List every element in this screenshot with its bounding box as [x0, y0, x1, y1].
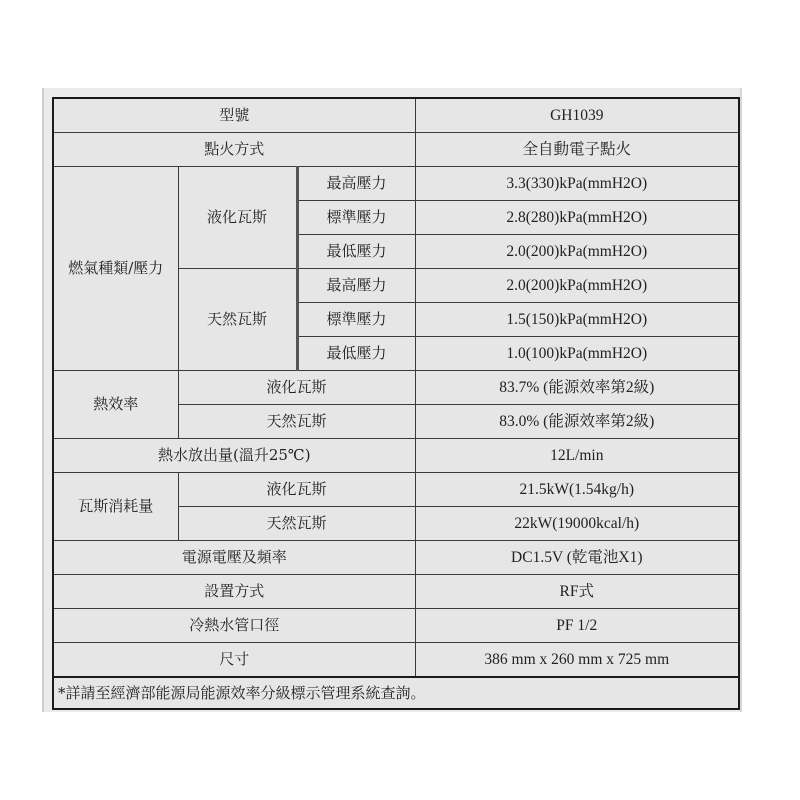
- consumption-lpg-label: 液化瓦斯: [178, 473, 415, 507]
- table-row-installation: 設置方式 RF式: [53, 575, 739, 609]
- spec-table: 型號 GH1039 點火方式 全自動電子點火 燃氣種類/壓力 液化瓦斯 最高壓力…: [52, 97, 740, 710]
- gas-consumption-label: 瓦斯消耗量: [53, 473, 178, 541]
- table-row-efficiency-lpg: 熱效率 液化瓦斯 83.7% (能源效率第2級): [53, 371, 739, 405]
- pipe-diameter-label: 冷熱水管口徑: [53, 609, 415, 643]
- hot-water-output-label: 熱水放出量(溫升25℃): [53, 439, 415, 473]
- ng-min-pressure-value: 1.0(100)kPa(mmH2O): [415, 337, 739, 371]
- ng-max-pressure-label: 最高壓力: [297, 269, 415, 303]
- table-row-dimensions: 尺寸 386 mm x 260 mm x 725 mm: [53, 643, 739, 678]
- power-value: DC1.5V (乾電池X1): [415, 541, 739, 575]
- lpg-std-pressure-label: 標準壓力: [297, 201, 415, 235]
- lpg-std-pressure-value: 2.8(280)kPa(mmH2O): [415, 201, 739, 235]
- table-row-footnote: *詳請至經濟部能源局能源效率分級標示管理系統查詢。: [53, 677, 739, 709]
- table-row-consumption-lpg: 瓦斯消耗量 液化瓦斯 21.5kW(1.54kg/h): [53, 473, 739, 507]
- dimensions-value: 386 mm x 260 mm x 725 mm: [415, 643, 739, 678]
- lpg-min-pressure-label: 最低壓力: [297, 235, 415, 269]
- installation-value: RF式: [415, 575, 739, 609]
- consumption-ng-value: 22kW(19000kcal/h): [415, 507, 739, 541]
- thermal-efficiency-label: 熱效率: [53, 371, 178, 439]
- dimensions-label: 尺寸: [53, 643, 415, 678]
- table-row-pipe-diameter: 冷熱水管口徑 PF 1/2: [53, 609, 739, 643]
- model-value: GH1039: [415, 98, 739, 133]
- efficiency-ng-label: 天然瓦斯: [178, 405, 415, 439]
- model-label: 型號: [53, 98, 415, 133]
- gas-pressure-label: 燃氣種類/壓力: [53, 167, 178, 371]
- table-row-power: 電源電壓及頻率 DC1.5V (乾電池X1): [53, 541, 739, 575]
- power-label: 電源電壓及頻率: [53, 541, 415, 575]
- lpg-label: 液化瓦斯: [178, 167, 297, 269]
- efficiency-ng-value: 83.0% (能源效率第2級): [415, 405, 739, 439]
- installation-label: 設置方式: [53, 575, 415, 609]
- table-row-hot-water-output: 熱水放出量(溫升25℃) 12L/min: [53, 439, 739, 473]
- efficiency-lpg-value: 83.7% (能源效率第2級): [415, 371, 739, 405]
- consumption-ng-label: 天然瓦斯: [178, 507, 415, 541]
- ignition-value: 全自動電子點火: [415, 133, 739, 167]
- efficiency-lpg-label: 液化瓦斯: [178, 371, 415, 405]
- table-row-model: 型號 GH1039: [53, 98, 739, 133]
- ng-std-pressure-label: 標準壓力: [297, 303, 415, 337]
- pipe-diameter-value: PF 1/2: [415, 609, 739, 643]
- lpg-max-pressure-label: 最高壓力: [297, 167, 415, 201]
- ng-std-pressure-value: 1.5(150)kPa(mmH2O): [415, 303, 739, 337]
- table-row-lpg-max-pressure: 燃氣種類/壓力 液化瓦斯 最高壓力 3.3(330)kPa(mmH2O): [53, 167, 739, 201]
- ng-max-pressure-value: 2.0(200)kPa(mmH2O): [415, 269, 739, 303]
- ignition-label: 點火方式: [53, 133, 415, 167]
- lpg-min-pressure-value: 2.0(200)kPa(mmH2O): [415, 235, 739, 269]
- footnote: *詳請至經濟部能源局能源效率分級標示管理系統查詢。: [53, 677, 739, 709]
- ng-label: 天然瓦斯: [178, 269, 297, 371]
- table-row-ignition: 點火方式 全自動電子點火: [53, 133, 739, 167]
- lpg-max-pressure-value: 3.3(330)kPa(mmH2O): [415, 167, 739, 201]
- hot-water-output-value: 12L/min: [415, 439, 739, 473]
- ng-min-pressure-label: 最低壓力: [297, 337, 415, 371]
- consumption-lpg-value: 21.5kW(1.54kg/h): [415, 473, 739, 507]
